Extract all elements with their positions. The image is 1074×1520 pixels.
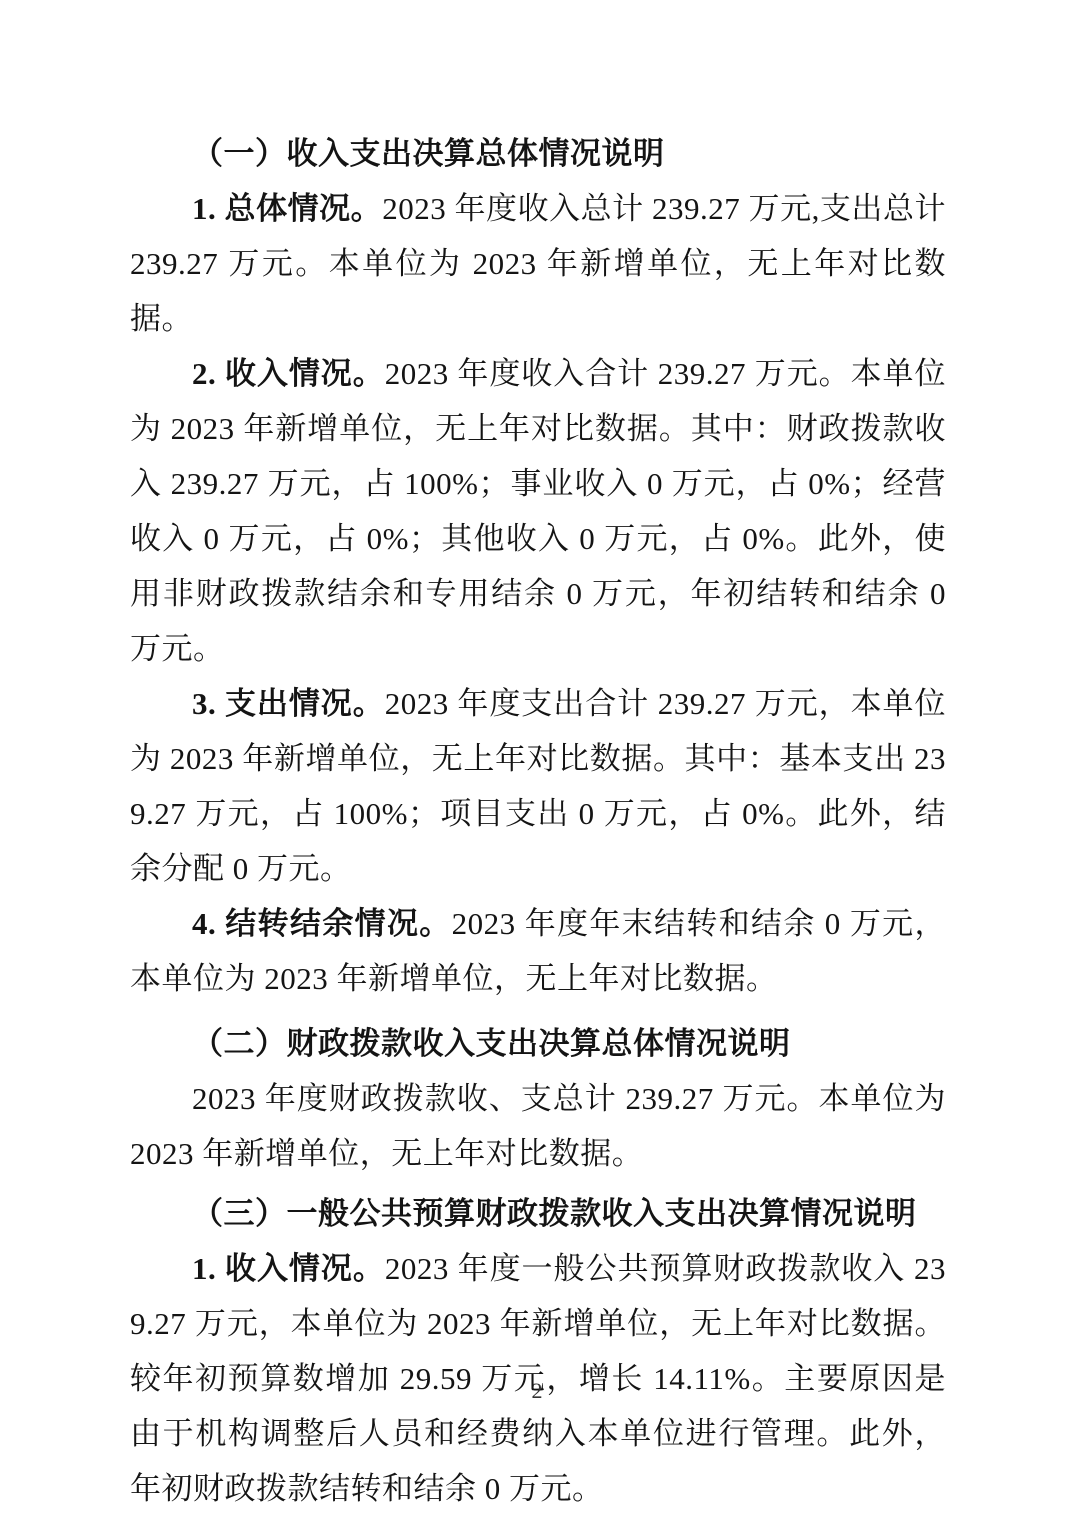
paragraph-expenditure-situation: 3. 支出情况。2023 年度支出合计 239.27 万元，本单位为 2023 … — [130, 676, 946, 896]
section-heading-3: （三）一般公共预算财政拨款收入支出决算情况说明 — [130, 1186, 946, 1241]
paragraph-lead: 1. 收入情况。 — [192, 1251, 385, 1286]
paragraph-body: 2023 年度收入合计 239.27 万元。本单位为 2023 年新增单位，无上… — [130, 356, 946, 666]
paragraph-lead: 1. 总体情况。 — [192, 191, 382, 226]
paragraph-lead: 4. 结转结余情况。 — [192, 906, 452, 941]
document-body: （一）收入支出决算总体情况说明 1. 总体情况。2023 年度收入总计 239.… — [130, 126, 946, 1516]
paragraph-carryover-situation: 4. 结转结余情况。2023 年度年末结转和结余 0 万元，本单位为 2023 … — [130, 896, 946, 1006]
paragraph-body: 2023 年度财政拨款收、支总计 239.27 万元。本单位为 2023 年新增… — [130, 1081, 946, 1171]
paragraph-lead: 3. 支出情况。 — [192, 686, 385, 721]
section-heading-1: （一）收入支出决算总体情况说明 — [130, 126, 946, 181]
paragraph-overall-situation: 1. 总体情况。2023 年度收入总计 239.27 万元,支出总计 239.2… — [130, 181, 946, 346]
paragraph-fiscal-appropriation-total: 2023 年度财政拨款收、支总计 239.27 万元。本单位为 2023 年新增… — [130, 1071, 946, 1181]
paragraph-lead: 2. 收入情况。 — [192, 356, 385, 391]
page-number: 2 — [0, 1376, 1074, 1406]
section-heading-2: （二）财政拨款收入支出决算总体情况说明 — [130, 1016, 946, 1071]
paragraph-income-situation: 2. 收入情况。2023 年度收入合计 239.27 万元。本单位为 2023 … — [130, 346, 946, 676]
document-page: （一）收入支出决算总体情况说明 1. 总体情况。2023 年度收入总计 239.… — [0, 0, 1074, 1520]
